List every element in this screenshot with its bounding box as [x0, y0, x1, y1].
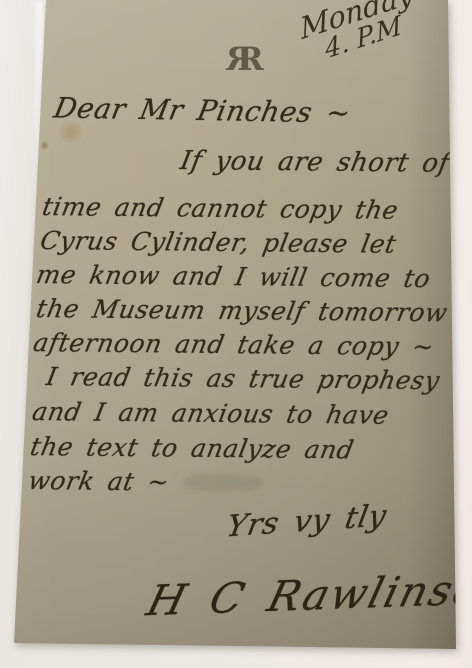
letter-line: and I am anxious to have [30, 397, 391, 430]
paper-stain [40, 141, 49, 150]
ink-smudge [183, 474, 263, 491]
letter-line: Cyrus Cylinder, please let [38, 226, 399, 259]
letter-line: time and cannot copy the [40, 192, 401, 225]
letter-photograph: R R Monday 4. P.M Dear Mr Pinches ~ If y… [0, 0, 472, 668]
letter-line: I read this as true prophesy [44, 362, 442, 395]
letter-line: afternoon and take a copy ~ [31, 328, 437, 361]
letter-line: the Museum myself tomorrow [34, 294, 450, 327]
salutation: Dear Mr Pinches ~ [51, 91, 353, 129]
letter-line: the text to analyze and [28, 432, 356, 464]
letter-paper: R R Monday 4. P.M Dear Mr Pinches ~ If y… [0, 0, 472, 668]
monogram-letter: R [237, 40, 264, 78]
monogram-icon: R R [226, 40, 268, 80]
letter-line: work at ~ [26, 466, 172, 496]
letter-line: If you are short of [178, 146, 452, 179]
letter-line: me know and I will come to [34, 260, 433, 293]
